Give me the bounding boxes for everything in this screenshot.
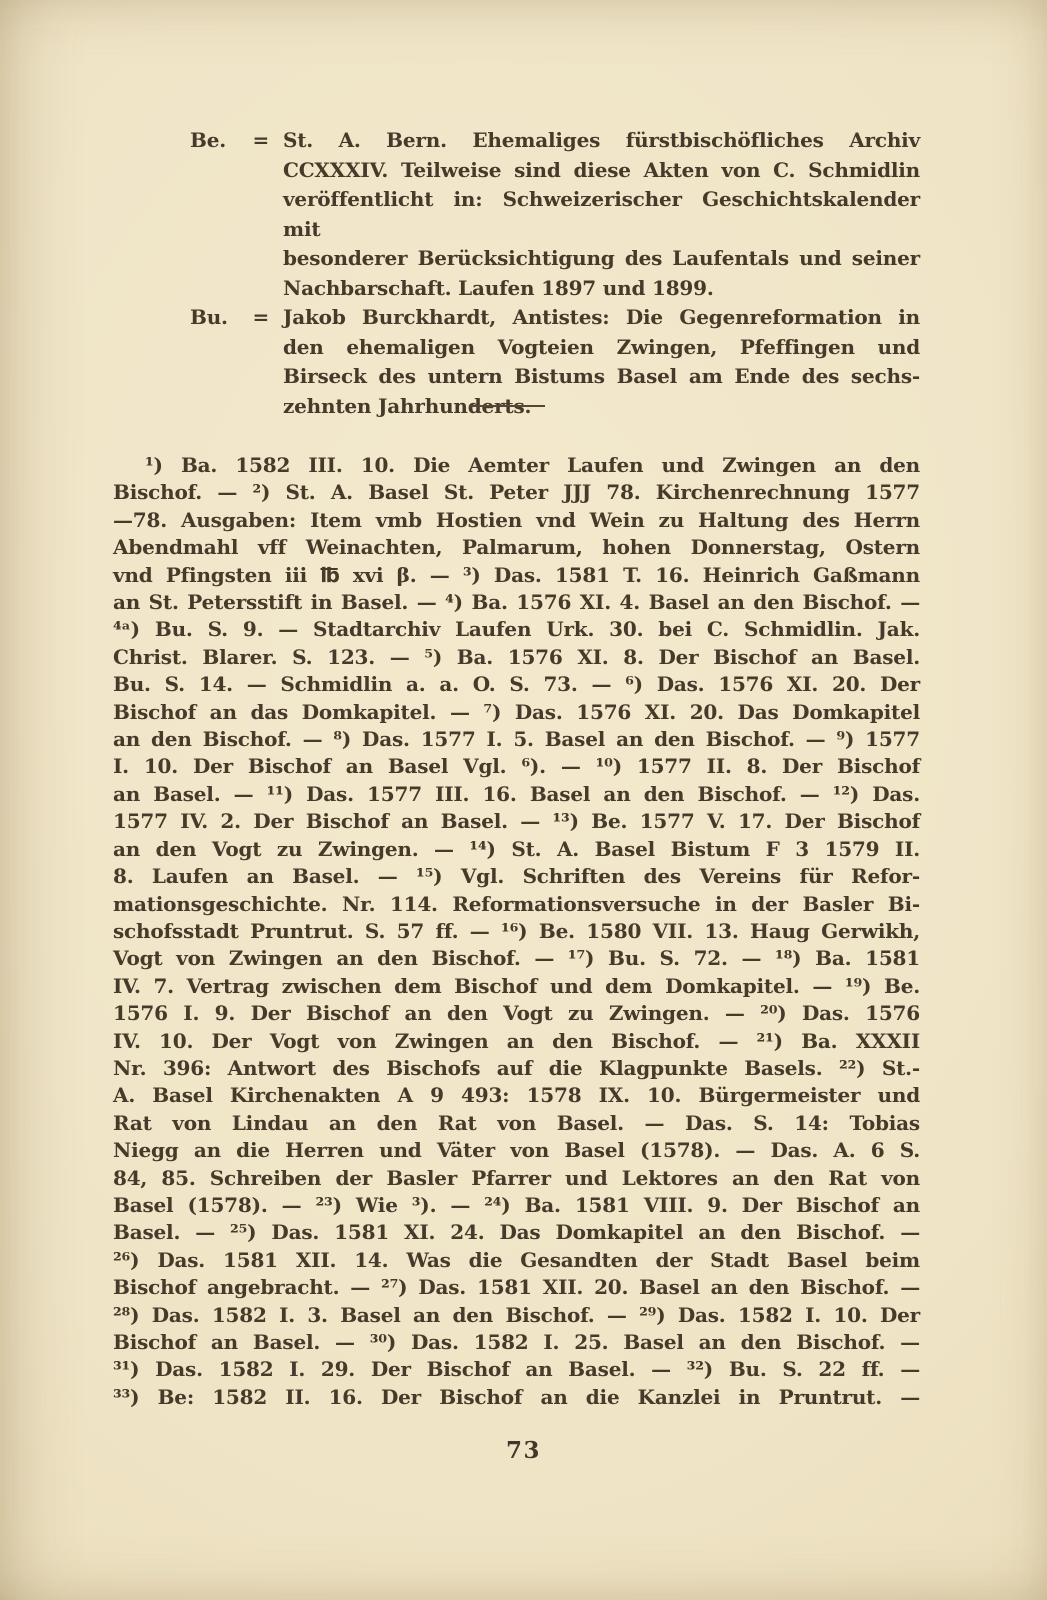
footnotes-block: ¹) Ba. 1582 III. 10. Die Aemter Laufen u… (113, 452, 920, 1411)
footnote-line: Basel (1578). — ²³) Wie ³). — ²⁴) Ba. 15… (113, 1192, 920, 1219)
footnote-line: Basel. — ²⁵) Das. 1581 XI. 24. Das Domka… (113, 1219, 920, 1246)
equals-sign: = (252, 303, 269, 333)
footnote-line: 1576 I. 9. Der Bischof an den Vogt zu Zw… (113, 1000, 920, 1027)
footnote-line: ²⁶) Das. 1581 XII. 14. Was die Gesandten… (113, 1247, 920, 1274)
footnote-line: ²⁸) Das. 1582 I. 3. Basel an den Bischof… (113, 1302, 920, 1329)
text-line: Jakob Burckhardt, Antistes: Die Gegenref… (283, 303, 920, 333)
abbreviation-entry-bu: Bu. = Jakob Burckhardt, Antistes: Die Ge… (190, 303, 920, 421)
footnote-line: ³³) Be: 1582 II. 16. Der Bischof an die … (113, 1384, 920, 1411)
footnote-line: Rat von Lindau an den Rat von Basel. — D… (113, 1110, 920, 1137)
footnote-line: Bischof angebracht. — ²⁷) Das. 1581 XII.… (113, 1274, 920, 1301)
footnote-line: an den Bischof. — ⁸) Das. 1577 I. 5. Bas… (113, 726, 920, 753)
footnote-line: Bu. S. 14. — Schmidlin a. a. O. S. 73. —… (113, 671, 920, 698)
abbreviation-label: Bu. = (190, 303, 283, 333)
footnote-line: Vogt von Zwingen an den Bischof. — ¹⁷) B… (113, 945, 920, 972)
text-line: veröffentlicht in: Schweizerischer Gesch… (283, 185, 920, 244)
text-line: zehnten Jahrhunderts. (283, 392, 920, 422)
footnote-line: Bischof an Basel. — ³⁰) Das. 1582 I. 25.… (113, 1329, 920, 1356)
footnote-line: —78. Ausgaben: Item vmb Hostien vnd Wein… (113, 507, 920, 534)
footnote-line: IV. 7. Vertrag zwischen dem Bischof und … (113, 973, 920, 1000)
footnote-line: IV. 10. Der Vogt von Zwingen an den Bisc… (113, 1028, 920, 1055)
footnote-line: an St. Petersstift in Basel. — ⁴) Ba. 15… (113, 589, 920, 616)
footnote-line: ³¹) Das. 1582 I. 29. Der Bischof an Base… (113, 1356, 920, 1383)
footnote-line: A. Basel Kirchenakten A 9 493: 1578 IX. … (113, 1082, 920, 1109)
footnote-line: 8. Laufen an Basel. — ¹⁵) Vgl. Schriften… (113, 863, 920, 890)
abbreviation-entry-be: Be. = St. A. Bern. Ehemaliges fürstbisch… (190, 126, 920, 303)
book-page-scan: Be. = St. A. Bern. Ehemaliges fürstbisch… (0, 0, 1047, 1600)
footnote-line: an den Vogt zu Zwingen. — ¹⁴) St. A. Bas… (113, 836, 920, 863)
abbreviation-definition: Jakob Burckhardt, Antistes: Die Gegenref… (283, 303, 920, 421)
footnote-line: Niegg an die Herren und Väter von Basel … (113, 1137, 920, 1164)
text-line: CCXXXIV. Teilweise sind diese Akten von … (283, 156, 920, 186)
text-line: St. A. Bern. Ehemaliges fürstbischöflich… (283, 126, 920, 156)
footnote-line: mationsgeschichte. Nr. 114. Reformations… (113, 891, 920, 918)
footnote-line: 84, 85. Schreiben der Basler Pfarrer und… (113, 1165, 920, 1192)
abbreviation-key: Be. = St. A. Bern. Ehemaliges fürstbisch… (190, 126, 920, 421)
footnote-line: Nr. 396: Antwort des Bischofs auf die Kl… (113, 1055, 920, 1082)
text-line: den ehemaligen Vogteien Zwingen, Pfeffin… (283, 333, 920, 363)
footnote-line: I. 10. Der Bischof an Basel Vgl. ⁶). — ¹… (113, 753, 920, 780)
text-line: Birseck des untern Bistums Basel am Ende… (283, 362, 920, 392)
abbreviation-term: Be. (190, 126, 226, 156)
footnote-line: Abendmahl vff Weinachten, Palmarum, hohe… (113, 534, 920, 561)
text-line: Nachbarschaft. Laufen 1897 und 1899. (283, 274, 920, 304)
footnote-line: 1577 IV. 2. Der Bischof an Basel. — ¹³) … (113, 808, 920, 835)
text-line: besonderer Berücksichtigung des Laufenta… (283, 244, 920, 274)
footnote-line: Christ. Blarer. S. 123. — ⁵) Ba. 1576 XI… (113, 644, 920, 671)
footnote-line: ¹) Ba. 1582 III. 10. Die Aemter Laufen u… (113, 452, 920, 479)
footnote-line: Bischof an das Domkapitel. — ⁷) Das. 157… (113, 699, 920, 726)
footnote-line: vnd Pfingsten iii ℔ xvi β. — ³) Das. 158… (113, 562, 920, 589)
page-number: 73 (0, 1437, 1047, 1464)
abbreviation-label: Be. = (190, 126, 283, 156)
footnote-line: schofsstadt Pruntrut. S. 57 ff. — ¹⁶) Be… (113, 918, 920, 945)
footnote-line: Bischof. — ²) St. A. Basel St. Peter JJJ… (113, 479, 920, 506)
footnote-line: an Basel. — ¹¹) Das. 1577 III. 16. Basel… (113, 781, 920, 808)
abbreviation-term: Bu. (190, 303, 228, 333)
abbreviation-definition: St. A. Bern. Ehemaliges fürstbischöflich… (283, 126, 920, 303)
footnote-divider-rule (469, 405, 545, 407)
equals-sign: = (252, 126, 269, 156)
footnote-line: ⁴ᵃ) Bu. S. 9. — Stadtarchiv Laufen Urk. … (113, 616, 920, 643)
